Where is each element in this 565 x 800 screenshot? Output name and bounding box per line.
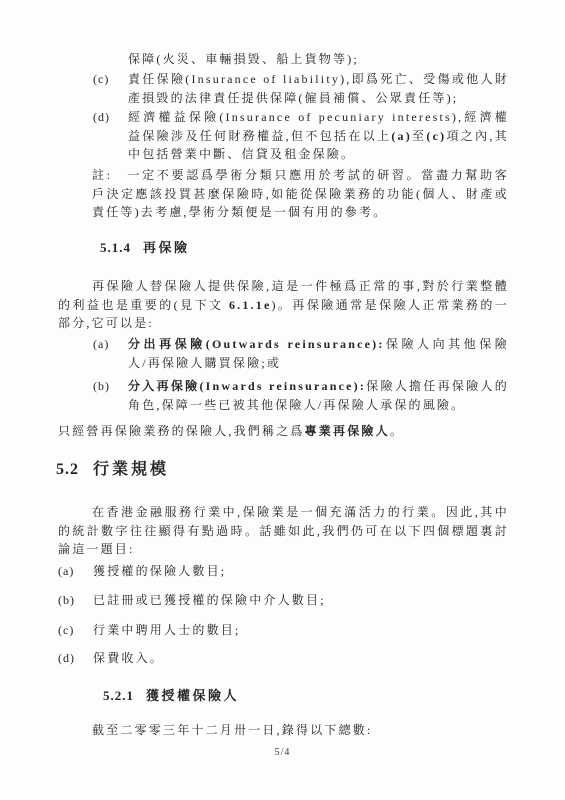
statistics-date-line: 截至二零零三年十二月卅一日,錄得以下總數:	[92, 721, 512, 740]
list-label-c: (c)	[58, 621, 74, 640]
list-item-premium-income: 保費收入。	[93, 649, 509, 668]
carryover-line: 保障(火災、車輛損毀、船上貨物等);	[128, 50, 509, 69]
section-title: 獲授權保險人	[146, 688, 239, 703]
list-item-authorized-insurers: 獲授權的保險人數目;	[93, 562, 509, 581]
list-label-a: (a)	[93, 335, 109, 354]
professional-reinsurer-line: 只經營再保險業務的保險人,我們稱之爲專業再保險人。	[58, 422, 509, 441]
page-number: 5/4	[0, 747, 565, 758]
list-label-a: (a)	[58, 562, 74, 581]
section-number: 5.2.1	[103, 688, 134, 703]
section-title: 再保險	[143, 240, 190, 255]
section-heading-5-1-4: 5.1.4再保險	[100, 239, 190, 257]
list-label-d: (d)	[93, 108, 110, 127]
list-label-b: (b)	[58, 591, 75, 610]
reinsurance-intro-paragraph: 再保險人替保險人提供保險,這是一件極爲正常的事,對於行業整體的利益也是重要的(見…	[58, 277, 509, 333]
industry-size-intro-paragraph: 在香港金融服務行業中,保險業是一個充滿活力的行業。因此,其中的統計數字往往顯得有…	[58, 503, 509, 559]
list-item-outwards-reinsurance: 分出再保險(Outwards reinsurance):保險人向其他保險人/再保…	[128, 335, 509, 372]
list-item-employed-persons: 行業中聘用人士的數目;	[93, 621, 509, 640]
list-label-d: (d)	[58, 649, 75, 668]
list-item-intermediaries: 已註冊或已獲授權的保險中介人數目;	[93, 591, 509, 610]
list-item-liability-insurance: 責任保險(Insurance of liability),即爲死亡、受傷或他人財…	[128, 70, 509, 107]
list-item-inwards-reinsurance: 分入再保險(Inwards reinsurance):保險人擔任再保險人的角色,…	[128, 377, 509, 414]
section-number: 5.1.4	[100, 240, 131, 255]
section-number: 5.2	[56, 461, 79, 478]
list-label-b: (b)	[93, 377, 110, 396]
note-paragraph: 註: 一定不要認爲學術分類只應用於考試的研習。當盡力幫助客戶決定應該投買甚麼保險…	[92, 166, 509, 222]
list-item-pecuniary-insurance: 經濟權益保險(Insurance of pecuniary interests)…	[128, 108, 509, 164]
list-label-c: (c)	[93, 70, 109, 89]
section-heading-5-2-1: 5.2.1獲授權保險人	[103, 687, 239, 705]
section-title: 行業規模	[93, 461, 169, 478]
section-heading-5-2: 5.2行業規模	[56, 460, 169, 480]
document-page: 保障(火災、車輛損毀、船上貨物等); (c) 責任保險(Insurance of…	[0, 0, 565, 800]
